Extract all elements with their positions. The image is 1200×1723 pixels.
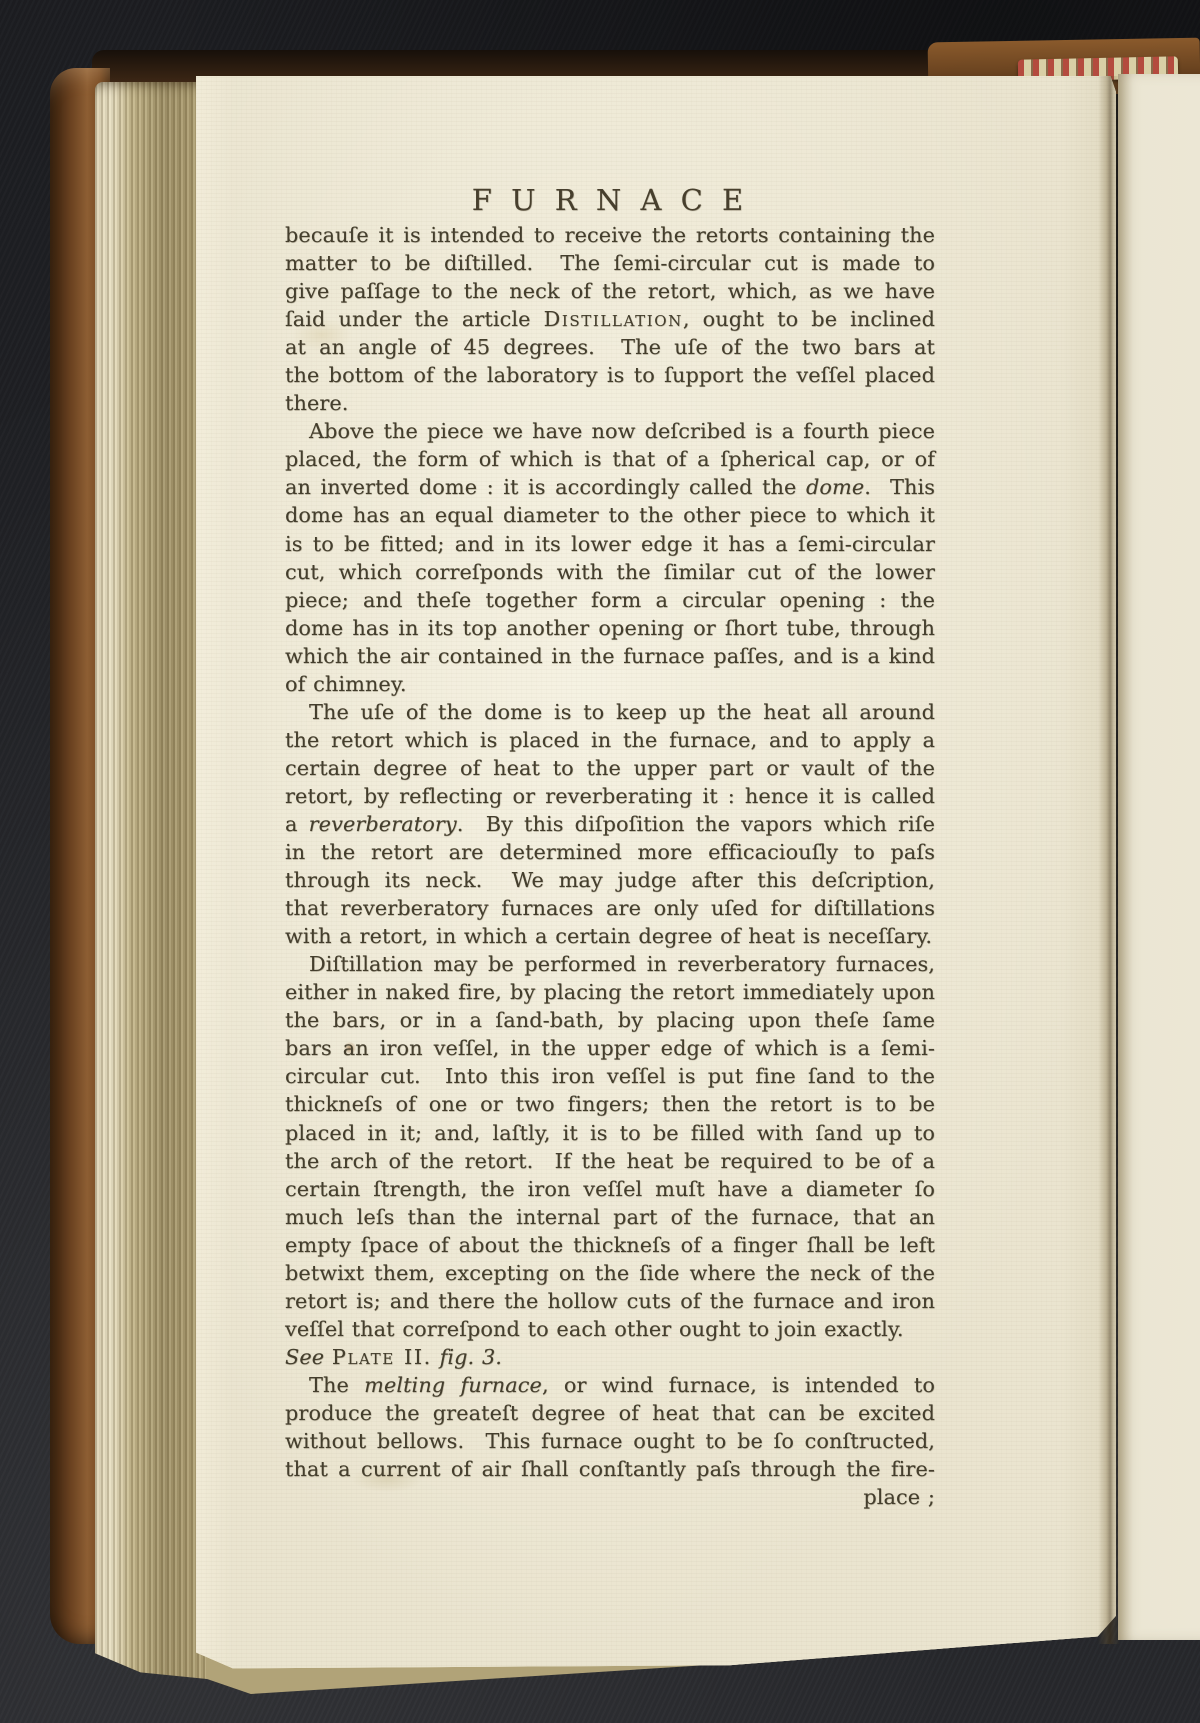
text-line: See Plate II. fig. 3.	[285, 1343, 935, 1371]
body-text-block: becauſe it is intended to receive the re…	[285, 221, 935, 1511]
text-line: cut, which correſponds with the ſimilar …	[285, 558, 935, 586]
text-segment: cut, which correſponds with the ſimilar …	[285, 560, 935, 584]
text-segment: at an angle of 45 degrees. The uſe of th…	[285, 335, 935, 359]
text-segment: through its neck. We may judge after thi…	[285, 868, 935, 892]
text-line: dome has in its top another opening or ſ…	[285, 614, 935, 642]
text-segment: the bottom of the laboratory is to ſuppo…	[285, 363, 935, 387]
text-line: without bellows. This furnace ought to b…	[285, 1427, 935, 1455]
text-line: a reverberatory. By this diſpoſition the…	[285, 810, 935, 838]
text-line: ſaid under the article Distillation, oug…	[285, 305, 935, 333]
text-line: placed in it; and, laſtly, it is to be f…	[285, 1119, 935, 1147]
text-line: that reverberatory furnaces are only uſe…	[285, 894, 935, 922]
text-segment: . This	[864, 475, 935, 499]
text-line: at an angle of 45 degrees. The uſe of th…	[285, 333, 935, 361]
text-line: that a current of air ſhall conſtantly p…	[285, 1455, 935, 1483]
text-segment: becauſe it is intended to receive the re…	[285, 223, 935, 247]
text-segment: , or wind furnace, is intended to	[542, 1373, 935, 1397]
italic-text: melting furnace	[364, 1373, 542, 1397]
text-line: an inverted dome : it is accordingly cal…	[285, 473, 935, 501]
text-segment: place ;	[863, 1485, 935, 1509]
text-segment	[432, 1345, 440, 1369]
text-segment: is to be fitted; and in its lower edge i…	[285, 532, 935, 556]
text-segment: Diſtillation may be performed in reverbe…	[309, 952, 935, 976]
text-line: circular cut. Into this iron veſſel is p…	[285, 1062, 935, 1090]
text-line: Diſtillation may be performed in reverbe…	[285, 950, 935, 978]
text-segment: placed, the form of which is that of a ſ…	[285, 447, 935, 471]
gutter-crease	[1098, 76, 1120, 1644]
text-line: betwixt them, excepting on the ſide wher…	[285, 1259, 935, 1287]
italic-text: See	[285, 1345, 324, 1369]
text-line: certain degree of heat to the upper part…	[285, 754, 935, 782]
text-segment: the retort which is placed in the furnac…	[285, 728, 935, 752]
text-line: Above the piece we have now deſcribed is…	[285, 417, 935, 445]
text-segment: veſſel that correſpond to each other oug…	[285, 1317, 904, 1341]
text-segment: certain ſtrength, the iron veſſel muſt h…	[285, 1177, 935, 1201]
text-segment: either in naked fire, by placing the ret…	[285, 980, 935, 1004]
text-line: veſſel that correſpond to each other oug…	[285, 1315, 935, 1343]
text-line: the bars, or in a ſand-bath, by placing …	[285, 1006, 935, 1034]
text-segment: an inverted dome : it is accordingly cal…	[285, 475, 806, 499]
text-line: retort, by reflecting or reverberating i…	[285, 782, 935, 810]
text-segment: that reverberatory furnaces are only uſe…	[285, 896, 935, 920]
text-line: The melting furnace, or wind furnace, is…	[285, 1371, 935, 1399]
text-segment: placed in it; and, laſtly, it is to be f…	[285, 1121, 935, 1145]
text-line: through its neck. We may judge after thi…	[285, 866, 935, 894]
page-title: F U R N A C E	[285, 183, 935, 217]
text-segment: dome has in its top another opening or ſ…	[285, 616, 935, 640]
small-caps-text: Distillation	[544, 307, 683, 331]
text-line: which the air contained in the furnace p…	[285, 642, 935, 670]
text-segment: The	[309, 1373, 364, 1397]
text-line: the arch of the retort. If the heat be r…	[285, 1147, 935, 1175]
text-segment: dome has an equal diameter to the other …	[285, 503, 935, 527]
text-segment: retort, by reflecting or reverberating i…	[285, 784, 935, 808]
text-line: dome has an equal diameter to the other …	[285, 501, 935, 529]
text-line: certain ſtrength, the iron veſſel muſt h…	[285, 1175, 935, 1203]
text-segment: bars an iron veſſel, in the upper edge o…	[285, 1036, 935, 1060]
text-line: with a retort, in which a certain degree…	[285, 922, 935, 950]
text-line: is to be fitted; and in its lower edge i…	[285, 530, 935, 558]
text-line: place ;	[285, 1483, 935, 1511]
text-segment: , ought to be inclined	[683, 307, 935, 331]
italic-text: fig. 3.	[440, 1345, 502, 1369]
text-segment: much leſs than the internal part of the …	[285, 1205, 935, 1229]
text-segment: that a current of air ſhall conſtantly p…	[285, 1457, 935, 1481]
text-segment: a	[285, 812, 309, 836]
text-segment: The uſe of the dome is to keep up the he…	[309, 700, 935, 724]
text-segment: the arch of the retort. If the heat be r…	[285, 1149, 935, 1173]
italic-text: reverberatory	[309, 812, 457, 836]
text-line: give paſſage to the neck of the retort, …	[285, 277, 935, 305]
text-line: there.	[285, 389, 935, 417]
facing-page-sliver	[1118, 74, 1200, 1640]
text-segment: give paſſage to the neck of the retort, …	[285, 279, 935, 303]
text-segment: ſaid under the article	[285, 307, 544, 331]
text-line: The uſe of the dome is to keep up the he…	[285, 698, 935, 726]
text-segment: circular cut. Into this iron veſſel is p…	[285, 1064, 935, 1088]
text-segment: the bars, or in a ſand-bath, by placing …	[285, 1008, 935, 1032]
text-line: piece; and theſe together form a circula…	[285, 586, 935, 614]
text-line: the retort which is placed in the furnac…	[285, 726, 935, 754]
text-line: much leſs than the internal part of the …	[285, 1203, 935, 1231]
text-segment: certain degree of heat to the upper part…	[285, 756, 935, 780]
italic-text: dome	[806, 475, 864, 499]
text-segment: matter to be diſtilled. The ſemi-circula…	[285, 251, 935, 275]
text-segment: which the air contained in the furnace p…	[285, 644, 935, 668]
text-segment: with a retort, in which a certain degree…	[285, 924, 932, 948]
text-line: the bottom of the laboratory is to ſuppo…	[285, 361, 935, 389]
text-line: either in naked fire, by placing the ret…	[285, 978, 935, 1006]
text-segment: without bellows. This furnace ought to b…	[285, 1429, 935, 1453]
text-segment: . By this diſpoſition the vapors which r…	[457, 812, 935, 836]
text-segment: retort is; and there the hollow cuts of …	[285, 1289, 935, 1313]
text-line: thickneſs of one or two fingers; then th…	[285, 1090, 935, 1118]
text-segment: there.	[285, 391, 349, 415]
text-segment: betwixt them, excepting on the ſide wher…	[285, 1261, 935, 1285]
text-line: of chimney.	[285, 670, 935, 698]
text-line: becauſe it is intended to receive the re…	[285, 221, 935, 249]
text-segment: empty ſpace of about the thickneſs of a …	[285, 1233, 935, 1257]
text-line: in the retort are determined more effica…	[285, 838, 935, 866]
text-segment: piece; and theſe together form a circula…	[285, 588, 935, 612]
text-line: placed, the form of which is that of a ſ…	[285, 445, 935, 473]
text-line: matter to be diſtilled. The ſemi-circula…	[285, 249, 935, 277]
text-segment: in the retort are determined more effica…	[285, 840, 935, 864]
small-caps-text: Plate II.	[332, 1345, 432, 1369]
text-line: produce the greateſt degree of heat that…	[285, 1399, 935, 1427]
text-segment: thickneſs of one or two fingers; then th…	[285, 1092, 935, 1116]
text-segment: produce the greateſt degree of heat that…	[285, 1401, 935, 1425]
text-line: empty ſpace of about the thickneſs of a …	[285, 1231, 935, 1259]
text-line: bars an iron veſſel, in the upper edge o…	[285, 1034, 935, 1062]
text-segment	[324, 1345, 332, 1369]
text-line: retort is; and there the hollow cuts of …	[285, 1287, 935, 1315]
text-segment: of chimney.	[285, 672, 407, 696]
text-segment: Above the piece we have now deſcribed is…	[309, 419, 935, 443]
